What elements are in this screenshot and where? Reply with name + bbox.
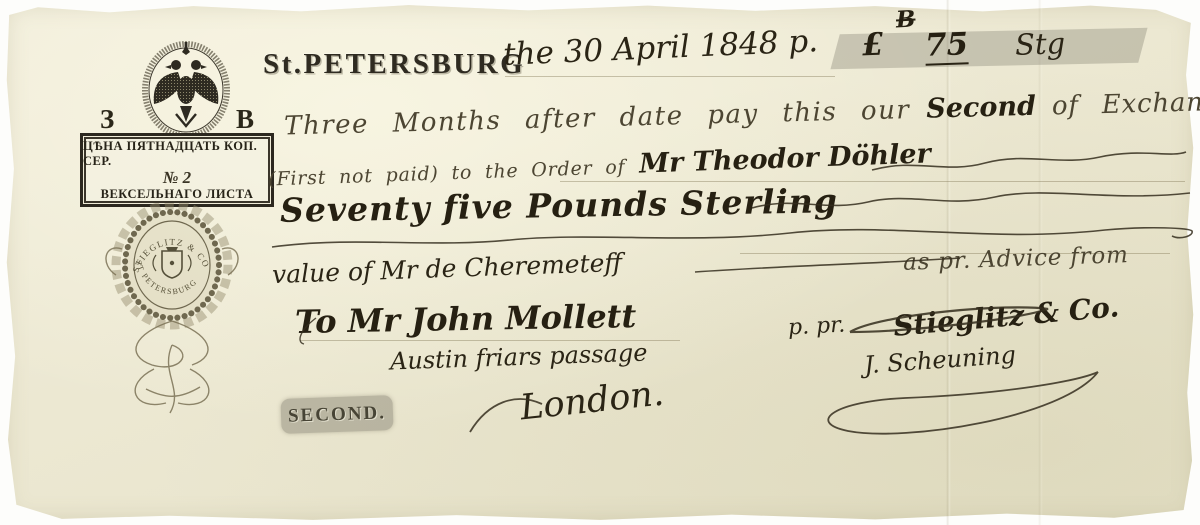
revenue-stamp-box: ЦѢНА ПЯТНАДЦАТЬ КОП. СЕР. № 2 ВЕКСЕЛЬНАГ… <box>80 133 274 207</box>
scanned-bill-of-exchange: { "header": { "place": "St.PETERSBURG", … <box>0 0 1200 525</box>
amount-check-mark: B <box>895 6 916 34</box>
revenue-letter-left: З <box>100 104 114 135</box>
second-copy-label: SECOND. <box>288 402 387 427</box>
tenor-emphasis: Second <box>926 91 1036 125</box>
second-copy-stamp: SECOND. <box>280 395 393 434</box>
place-header: St.PETERSBURG <box>263 48 525 81</box>
revenue-sheet-line: ВЕКСЕЛЬНАГО ЛИСТА <box>101 187 254 202</box>
tenor-tail: of Exchange <box>1051 87 1200 122</box>
amount-figure: 75 <box>924 26 968 65</box>
revenue-letter-right: В <box>236 104 254 135</box>
revenue-number-line: № 2 <box>163 168 191 188</box>
drawee-line: To Mr John Mollett <box>295 297 637 341</box>
amount-unit: Stg <box>1014 26 1065 62</box>
procura-mark: p. pr. <box>787 313 845 341</box>
revenue-price-line: ЦѢНА ПЯТНАДЦАТЬ КОП. СЕР. <box>83 139 271 169</box>
currency-symbol: £ <box>861 27 884 64</box>
